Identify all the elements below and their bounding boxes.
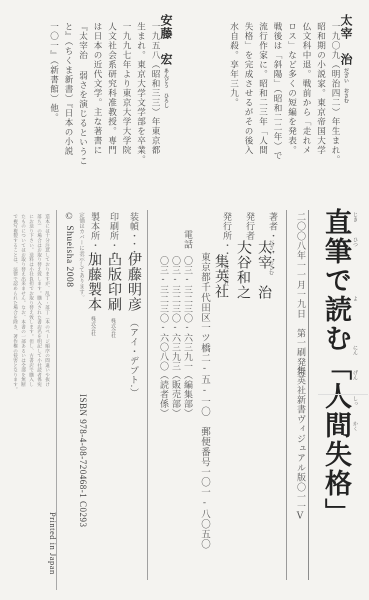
bio-dazai-ruby: だざい おさむ (343, 68, 349, 103)
title-ruby-nin: にん (352, 345, 359, 355)
bio-dazai-line: 昭和期の小説家。東京帝国大学 (316, 22, 325, 155)
book-title: 直筆で読む「人間失格」 (322, 208, 349, 527)
phone-label: 電話 (181, 230, 194, 249)
title-divider (308, 210, 309, 580)
bio-dazai-line: ロス」など多くの短編を発表。 (287, 22, 296, 155)
fine-print-line-5: で複写複製することは、法律で認められた場合を除き、著作権の侵害となります。 (12, 214, 17, 392)
bio-ando-name-text: 安藤 宏 (159, 14, 173, 66)
author-label-text: 著者 (267, 212, 277, 231)
price-note: 定価はカバーに表示してあります。 (77, 212, 85, 300)
publisher-address: 東京都千代田区一ツ橋二-五-一〇 郵便番号一〇一-八〇五〇 (197, 252, 211, 549)
design-label-text: 装幀 (128, 212, 138, 231)
bio-ando-line: 『太宰治 弱さを演じるというこ (78, 22, 87, 166)
production-divider (147, 210, 148, 580)
design-value: 伊藤明彦 (124, 252, 144, 312)
bio-dazai-line: 流行作家に。昭和二三年「人間 (258, 22, 267, 155)
bio-ando-line: は日本の近代文学。主な著書に (92, 22, 101, 155)
copyright: © Shueisha 2008 (64, 212, 74, 288)
bio-ando-ruby: あんどう ひろし (163, 68, 169, 108)
title-ruby-gen: げん (352, 370, 359, 380)
phone-editorial: 〇三-三二三〇-六三九一（編集部） (181, 256, 194, 418)
design-note: （アイ・デプト.） (127, 318, 140, 397)
bio-dazai-line: 水自殺。享年三九。 (229, 22, 238, 108)
bio-dazai-name-text: 太宰 治 (339, 14, 353, 66)
phone-readers: 〇三-三二三〇-六〇八〇（読者係） (157, 256, 170, 418)
fine-print-line-2: 落ち）の場合はお取り替え致します。購入された書店名を明記して小社読者係宛 (36, 214, 41, 387)
publisher-label-text: 発行所 (221, 212, 231, 241)
bio-dazai-line: 失格」を完成させるがその後入 (243, 22, 252, 155)
printed-in-japan: Printed in Japan (48, 512, 58, 575)
crop-mark (318, 394, 368, 395)
bio-ando-name: 安藤 宏あんどう ひろし (158, 14, 175, 108)
bio-dazai-line: 戦後は「斜陽」（昭和二二年）で (272, 22, 281, 160)
bio-dazai-line: 仏文科中退。戦前から「走れメ (301, 22, 310, 155)
binder-label-text: 製本所 (89, 212, 99, 241)
binder-kabu: 株式会社 (90, 316, 97, 336)
bio-dazai-line: 一九〇九（明治四二）年生まれ。 (330, 22, 339, 165)
fine-print-line-4: たものについてはお取り替え出来ません。なお、本書の一部あるいは全部を無断 (20, 214, 25, 387)
title-ruby-shi: しっ (352, 396, 359, 406)
author-ruby: だざい おさむ (268, 240, 275, 275)
phone-sales: 〇三-三二三〇-六三九三（販売部） (169, 256, 182, 418)
bio-ando-line: 一〇一』（新書館）他。 (49, 22, 58, 122)
bio-ando-line: 生まれ。東京大学文学部を卒業。 (136, 22, 145, 165)
publication-date: 二〇〇八年一一月一九日 第一刷発行 (294, 212, 307, 377)
title-ruby-hitsu: ひつ (352, 237, 359, 247)
credits-divider (286, 210, 287, 580)
series-name: 集英社新書ヴィジュアル版〇一一V (294, 366, 307, 522)
publisher-person-value: 大谷和之 (233, 240, 253, 300)
bio-ando-line: と』（ちくま新書）『日本の小説 (63, 22, 72, 156)
printer-value: 凸版印刷 (104, 252, 124, 312)
isbn: ISBN 978-4-08-720468-1 C0293 (78, 394, 88, 528)
bio-ando-line: 一九五八（昭和三三）年東京都 (150, 22, 159, 155)
title-ruby-kaku: かく (352, 421, 359, 431)
binder-value: 加藤製本 (84, 252, 104, 312)
printer-label-text: 印刷所 (108, 212, 118, 241)
fine-print-line-1: 造本には十分注意しておりますが、乱丁・落丁（本のページ順序の間違いや抜け (44, 214, 49, 387)
bio-dazai-name: 太宰 治だざい おさむ (338, 14, 355, 103)
fine-print-line-3: にお送り下さい。送料は小社負担でお取り替え致します。但し、古書店で購入し (28, 214, 33, 387)
printer-kabu: 株式会社 (110, 318, 117, 338)
publisher-person-label-text: 発行者 (244, 212, 254, 241)
title-ruby-jiki: じき (352, 212, 359, 222)
bio-ando-line: 人文社会系研究科准教授。専門 (107, 22, 116, 155)
colophon-page: 太宰 治だざい おさむ 一九〇九（明治四二）年生まれ。昭和期の小説家。東京帝国大… (0, 0, 369, 600)
bio-ando-line: 一九九七年より東京大学大学院 (121, 22, 130, 155)
publisher-value: 集英社 (211, 254, 231, 299)
title-ruby-yo: よ (352, 296, 359, 301)
